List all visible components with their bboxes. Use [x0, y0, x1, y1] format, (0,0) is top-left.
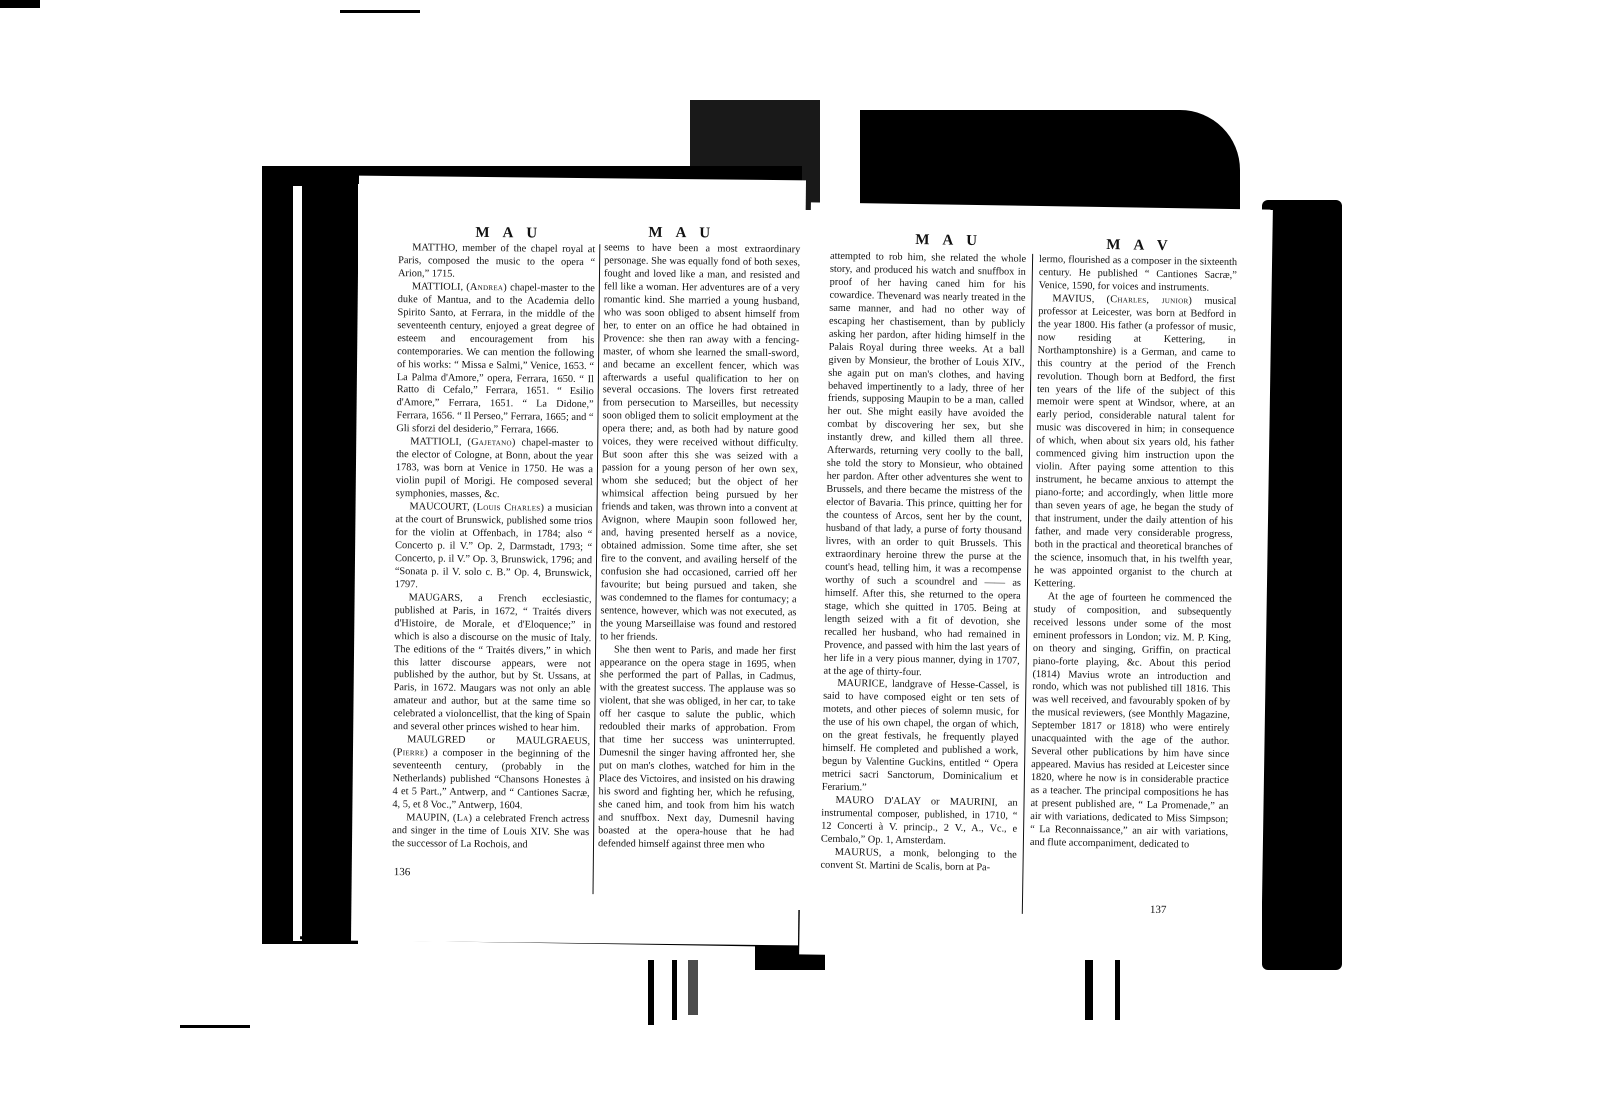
- scan-mark-bottom: [180, 1025, 250, 1028]
- entry-headword: MAUCOURT,: [409, 501, 472, 513]
- entry-headword: MATTHO,: [412, 242, 462, 254]
- dictionary-entry: MAUPIN, (La) a celebrated French actress…: [392, 812, 589, 853]
- scan-bar-4: [1085, 960, 1093, 1020]
- entry-text: a musician at the court of Brunswick, pu…: [395, 503, 593, 590]
- entry-text: musical professor at Leicester, was born…: [1034, 295, 1237, 589]
- page-edge-strip: [293, 186, 302, 941]
- entry-headword: MAURUS,: [835, 847, 890, 859]
- book-cover-right-edge: [1262, 200, 1342, 970]
- dictionary-entry: MAURUS, a monk, belonging to the convent…: [820, 846, 1016, 875]
- entry-forename: (Gajetano): [467, 437, 515, 449]
- scan-bar-5: [1115, 960, 1120, 1020]
- entry-text: landgrave of Hesse-Cassel, is said to ha…: [822, 679, 1020, 793]
- scan-bar-2: [672, 960, 677, 1020]
- right-page-column-2: lermo, flourished as a composer in the s…: [1030, 254, 1237, 853]
- scan-bar-3: [688, 960, 698, 1015]
- dictionary-entry: MAUGARS, a French ecclesiastic, publishe…: [393, 592, 591, 737]
- right-page-column-1: attempted to rob him, she related the wh…: [820, 251, 1026, 876]
- entry-text: seems to have been a most extraordinary …: [600, 242, 800, 642]
- page-number-136: 136: [394, 866, 411, 878]
- left-page-header-2: M A U: [648, 225, 715, 243]
- entry-forename: (Andrea): [466, 282, 507, 293]
- entry-headword: MAURICE,: [837, 678, 892, 690]
- dictionary-entry: MAUCOURT, (Louis Charles) a musician at …: [395, 501, 593, 594]
- entry-headword: MATTIOLI,: [412, 281, 466, 293]
- entry-headword: MAVIUS,: [1052, 293, 1106, 305]
- dictionary-entry: MATTIOLI, (Gajetano) chapel-master to th…: [396, 436, 594, 503]
- scan-mark-top-left: [0, 0, 40, 8]
- dictionary-entry: lermo, flourished as a composer in the s…: [1039, 254, 1238, 296]
- entry-text: chapel-master to the duke of Mantua, and…: [396, 282, 595, 436]
- entry-forename: (Charles, junior): [1106, 294, 1192, 306]
- left-page: M A U M A U MATTHO, member of the chapel…: [351, 176, 806, 946]
- dictionary-entry: attempted to rob him, she related the wh…: [823, 251, 1026, 681]
- left-page-column-2: seems to have been a most extraordinary …: [598, 242, 800, 853]
- entry-forename: (Louis Charles): [473, 502, 544, 514]
- scan-mark-top: [340, 10, 420, 13]
- right-page-header-2: M A V: [1106, 237, 1173, 255]
- entry-forename: (Pierre): [393, 747, 428, 758]
- gutter-shadow-2: [860, 110, 1240, 210]
- entry-headword: MAULGRED or MAULGRAEUS,: [407, 734, 590, 747]
- dictionary-entry: MAURICE, landgrave of Hesse-Cassel, is s…: [822, 678, 1020, 798]
- dictionary-entry: seems to have been a most extraordinary …: [600, 242, 800, 646]
- right-page: M A U M A V attempted to rob him, she re…: [799, 202, 1273, 961]
- entry-text: a French ecclesiastic, published at Pari…: [393, 593, 591, 735]
- dictionary-entry: MATTIOLI, (Andrea) chapel-master to the …: [396, 281, 595, 438]
- entry-text: attempted to rob him, she related the wh…: [823, 251, 1026, 678]
- entry-headword: MAURO D'ALAY or MAURINI,: [835, 795, 1007, 809]
- entry-text: At the age of fourteen he commenced the …: [1030, 591, 1232, 850]
- dictionary-entry: At the age of fourteen he commenced the …: [1030, 591, 1232, 853]
- right-page-header-1: M A U: [915, 232, 982, 250]
- dictionary-entry: She then went to Paris, and made her fir…: [598, 644, 796, 853]
- entry-headword: MATTIOLI,: [410, 437, 467, 449]
- entry-text: lermo, flourished as a composer in the s…: [1039, 254, 1238, 294]
- book-cover-left-edge: [262, 166, 358, 944]
- left-page-header-1: M A U: [475, 225, 542, 243]
- left-page-column-1: MATTHO, member of the chapel royal at Pa…: [392, 242, 595, 853]
- dictionary-entry: MAURO D'ALAY or MAURINI, an instrumental…: [821, 795, 1018, 850]
- entry-text: She then went to Paris, and made her fir…: [598, 644, 796, 851]
- entry-headword: MAUPIN,: [406, 812, 453, 823]
- dictionary-entry: MAULGRED or MAULGRAEUS, (Pierre) a compo…: [392, 734, 590, 814]
- entry-forename: (La): [453, 813, 473, 824]
- scan-bar-1: [648, 960, 654, 1025]
- dictionary-entry: MAVIUS, (Charles, junior) musical profes…: [1034, 293, 1237, 594]
- dictionary-entry: MATTHO, member of the chapel royal at Pa…: [398, 242, 595, 283]
- entry-headword: MAUGARS,: [409, 592, 479, 604]
- page-number-137: 137: [1150, 904, 1167, 916]
